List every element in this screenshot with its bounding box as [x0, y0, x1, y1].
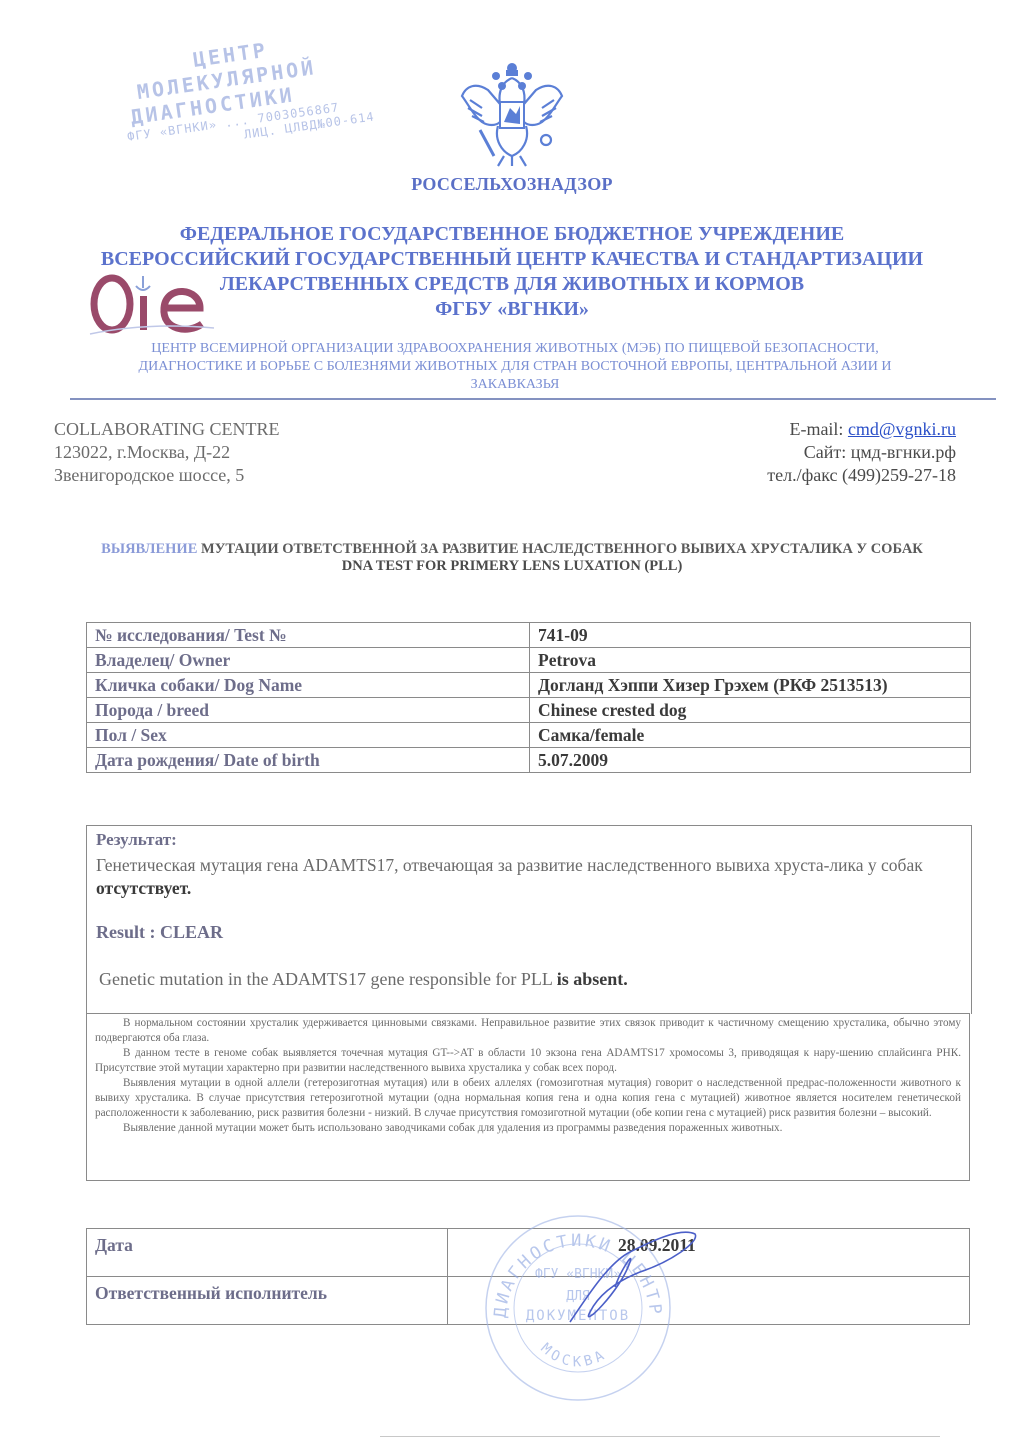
phone-line: тел./факс (499)259-27-18 — [767, 464, 956, 487]
table-row: Кличка собаки/ Dog Name Догланд Хэппи Хи… — [87, 673, 971, 698]
address-line: 123022, г.Москва, Д-22 — [54, 441, 280, 464]
row-value: Chinese crested dog — [530, 698, 971, 723]
table-row: № исследования/ Test № 741-09 — [87, 623, 971, 648]
note-paragraph: Выявление данной мутации может быть испо… — [95, 1121, 961, 1136]
row-value: 5.07.2009 — [530, 748, 971, 773]
institution-line: ФЕДЕРАЛЬНОЕ ГОСУДАРСТВЕННОЕ БЮДЖЕТНОЕ УЧ… — [0, 222, 1024, 247]
contact-info: E-mail: cmd@vgnki.ru Сайт: цмд-вгнки.рф … — [767, 418, 956, 487]
result-text-ru: Генетическая мутация гена ADAMTS17, отве… — [96, 854, 966, 900]
who-line: ЦЕНТР ВСЕМИРНОЙ ОРГАНИЗАЦИИ ЗДРАВООХРАНЕ… — [70, 340, 960, 358]
row-value: Petrova — [530, 648, 971, 673]
address-line: COLLABORATING CENTRE — [54, 418, 280, 441]
page-edge-line — [380, 1436, 940, 1437]
title-ru: ВЫЯВЛЕНИЕ МУТАЦИИ ОТВЕТСТВЕННОЙ ЗА РАЗВИ… — [40, 541, 984, 558]
table-row: Владелец/ Owner Petrova — [87, 648, 971, 673]
title-en: DNA TEST FOR PRIMERY LENS LUXATION (PLL) — [40, 558, 984, 575]
date-label: Дата — [87, 1229, 448, 1277]
table-row: Порода / breed Chinese crested dog — [87, 698, 971, 723]
agency-name: РОССЕЛЬХОЗНАДЗОР — [0, 174, 1024, 195]
email-link[interactable]: cmd@vgnki.ru — [848, 419, 956, 439]
svg-text:МОСКВА: МОСКВА — [537, 1340, 610, 1370]
row-label: Кличка собаки/ Dog Name — [87, 673, 530, 698]
row-label: Порода / breed — [87, 698, 530, 723]
signature-icon — [560, 1222, 700, 1332]
header-divider — [70, 398, 996, 400]
organization-stamp: ЦЕНТР МОЛЕКУЛЯРНОЙ ДИАГНОСТИКИ ФГУ «ВГНК… — [112, 22, 393, 159]
table-row: Пол / Sex Самка/female — [87, 723, 971, 748]
result-status-en: is absent. — [557, 969, 628, 989]
executor-label: Ответственный исполнитель — [87, 1277, 448, 1325]
note-paragraph: В данном тесте в геноме собак выявляется… — [95, 1046, 961, 1076]
oie-logo-icon — [88, 268, 218, 336]
who-line: ДИАГНОСТИКЕ И БОРЬБЕ С БОЛЕЗНЯМИ ЖИВОТНЫ… — [70, 358, 960, 376]
row-value: 741-09 — [530, 623, 971, 648]
russian-coat-of-arms-icon — [458, 60, 566, 170]
oie-collaborating-centre-description: ЦЕНТР ВСЕМИРНОЙ ОРГАНИЗАЦИИ ЗДРАВООХРАНЕ… — [70, 340, 960, 394]
who-line: ЗАКАВКАЗЬЯ — [70, 376, 960, 394]
email-line: E-mail: cmd@vgnki.ru — [767, 418, 956, 441]
result-clear-label: Result : CLEAR — [96, 922, 223, 943]
result-status-ru: отсутствует. — [96, 878, 191, 898]
test-info-table: № исследования/ Test № 741-09 Владелец/ … — [86, 622, 971, 773]
note-paragraph: В нормальном состоянии хрусталик удержив… — [95, 1016, 961, 1046]
address-line: Звенигородское шоссе, 5 — [54, 464, 280, 487]
document-title: ВЫЯВЛЕНИЕ МУТАЦИИ ОТВЕТСТВЕННОЙ ЗА РАЗВИ… — [40, 541, 984, 575]
result-heading: Результат: — [96, 830, 177, 850]
website-line: Сайт: цмд-вгнки.рф — [767, 441, 956, 464]
row-value: Догланд Хэппи Хизер Грэхем (РКФ 2513513) — [530, 673, 971, 698]
result-text-en: Genetic mutation in the ADAMTS17 gene re… — [99, 969, 628, 990]
row-label: Владелец/ Owner — [87, 648, 530, 673]
row-label: Пол / Sex — [87, 723, 530, 748]
stamp-city-text: МОСКВА — [537, 1340, 610, 1370]
explanatory-notes: В нормальном состоянии хрусталик удержив… — [86, 1013, 970, 1181]
row-label: Дата рождения/ Date of birth — [87, 748, 530, 773]
email-label: E-mail: — [789, 419, 847, 439]
note-paragraph: Выявления мутации в одной аллели (гетеро… — [95, 1076, 961, 1121]
row-value: Самка/female — [530, 723, 971, 748]
row-label: № исследования/ Test № — [87, 623, 530, 648]
postal-address: COLLABORATING CENTRE 123022, г.Москва, Д… — [54, 418, 280, 487]
table-row: Дата рождения/ Date of birth 5.07.2009 — [87, 748, 971, 773]
